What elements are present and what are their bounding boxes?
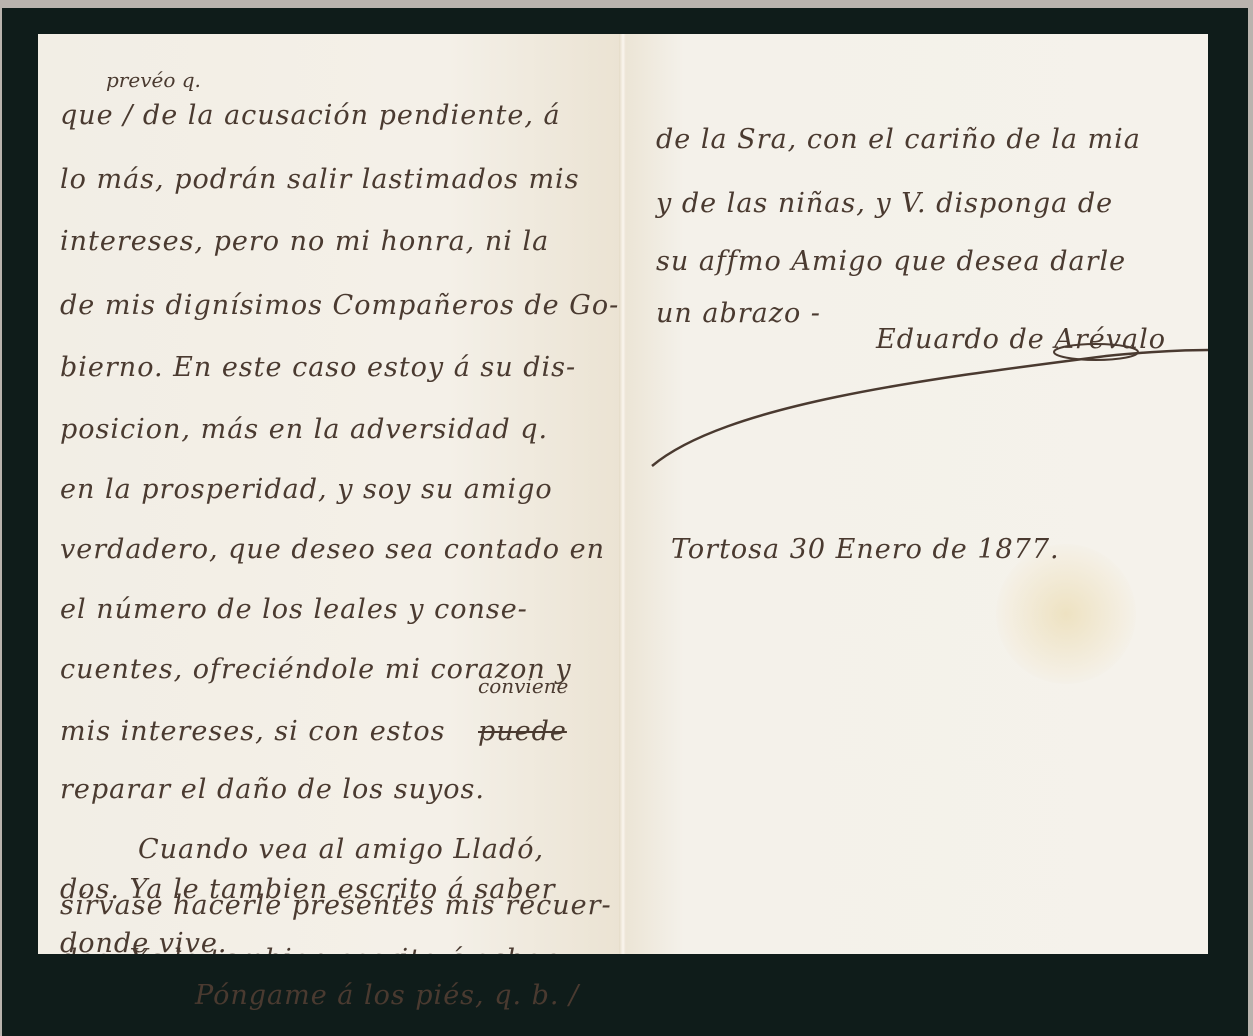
signature-flourish xyxy=(626,34,1208,954)
letter-line: dos. Ya le tambien escrito á saber xyxy=(60,874,556,905)
place-and-date: Tortosa 30 Enero de 1877. xyxy=(671,534,1060,565)
letter-line: Póngame á los piés, q. b. / xyxy=(195,980,579,1011)
letter-line: donde vive. xyxy=(60,928,227,959)
letter-page-right: de la Sra, con el cariño de la mia y de … xyxy=(626,34,1208,954)
letter-page-left-continued: dos. Ya le tambien escrito á saber xyxy=(38,34,620,954)
